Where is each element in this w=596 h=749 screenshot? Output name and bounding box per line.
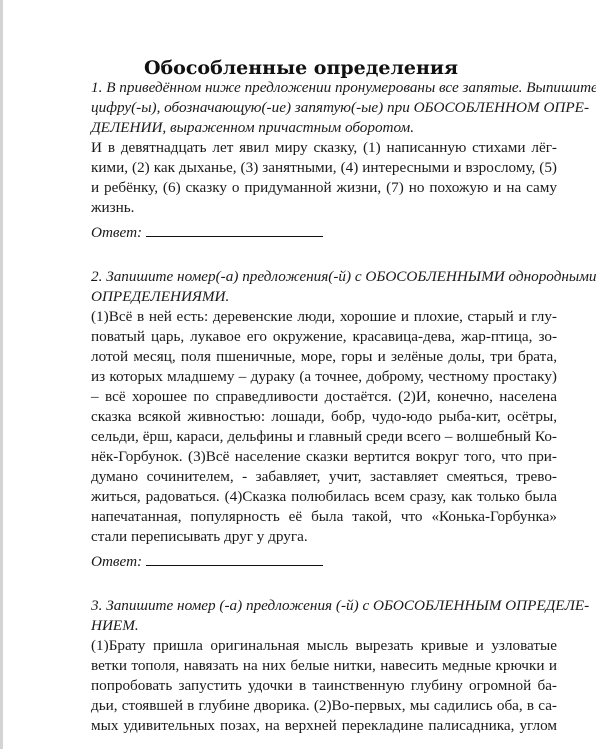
task-2-text-line: напечатанная, популярность её была такой… bbox=[91, 507, 557, 527]
task-2-text-line: думано сочинителем, - забавляет, учит, з… bbox=[91, 467, 557, 487]
task-2-answer: Ответ: bbox=[91, 551, 323, 572]
task-2-text-line: – всё хорошее по справедливости достаётс… bbox=[91, 387, 557, 407]
answer-blank[interactable] bbox=[146, 222, 323, 237]
task-3-text-line: мых удивительных позах, на верхней перек… bbox=[91, 716, 557, 736]
task-1-instruction-line: 1. В приведённом ниже предложении пронум… bbox=[91, 78, 557, 98]
task-1-text-line: и ребёнку, (6) сказку о придуманной жизн… bbox=[91, 178, 557, 198]
task-2-text-line: нёк-Горбунок. (3)Всё население сказки ве… bbox=[91, 447, 557, 467]
task-1-instruction-line: цифру(-ы), обозначающую(-ие) запятую(-ые… bbox=[91, 98, 557, 118]
task-1-text-line: жизнь. bbox=[91, 198, 557, 218]
task-2-instruction-line: ОПРЕДЕЛЕНИЯМИ. bbox=[91, 287, 557, 307]
task-1-text-line: кими, (2) как дыханье, (3) занятными, (4… bbox=[91, 158, 557, 178]
task-3-instruction-line: НИЕМ. bbox=[91, 616, 557, 636]
task-1-answer: Ответ: bbox=[91, 222, 323, 243]
task-2-text-line: (1)Всё в ней есть: деревенские люди, хор… bbox=[91, 307, 557, 327]
task-3-text-line: (1)Брату пришла оригинальная мысль вырез… bbox=[91, 636, 557, 656]
task-2-text-line: лотой месяц, поля пшеничные, море, горы … bbox=[91, 347, 557, 367]
task-2-text-line: сельди, ёрш, караси, дельфины и главный … bbox=[91, 427, 557, 447]
task-3-text-line: попробовать запустить удочки в таинствен… bbox=[91, 676, 557, 696]
task-2-text-line: сказка всякой живностью: лошади, бобр, ч… bbox=[91, 407, 557, 427]
task-2-instruction-line: 2. Запишите номер(-а) предложения(-й) с … bbox=[91, 267, 557, 287]
answer-label: Ответ: bbox=[91, 224, 142, 241]
task-2-text-line: поватый царь, лукавое его окружение, кра… bbox=[91, 327, 557, 347]
task-3-text-line: ветки тополя, навязать на них белые нитк… bbox=[91, 656, 557, 676]
answer-label: Ответ: bbox=[91, 553, 142, 570]
task-3-instruction-line: 3. Запишите номер (-а) предложения (-й) … bbox=[91, 596, 557, 616]
document-title: Обособленные определения bbox=[3, 57, 596, 79]
task-1-instruction-line: ДЕЛЕНИИ, выраженном причастным оборотом. bbox=[91, 118, 557, 138]
task-2-text-line: житься, радоваться. (4)Сказка полюбилась… bbox=[91, 487, 557, 507]
document-page: Обособленные определения 1. В приведённо… bbox=[0, 0, 596, 749]
task-2-text-line: стали переписывать друг у друга. bbox=[91, 527, 557, 547]
answer-blank[interactable] bbox=[146, 551, 323, 566]
task-3-text-line: дьи, стоявшей в глубине дворика. (2)Во-п… bbox=[91, 696, 557, 716]
task-2-text-line: из которых младшему – дураку (а точнее, … bbox=[91, 367, 557, 387]
task-1-text-line: И в девятнадцать лет явил миру сказку, (… bbox=[91, 138, 557, 158]
